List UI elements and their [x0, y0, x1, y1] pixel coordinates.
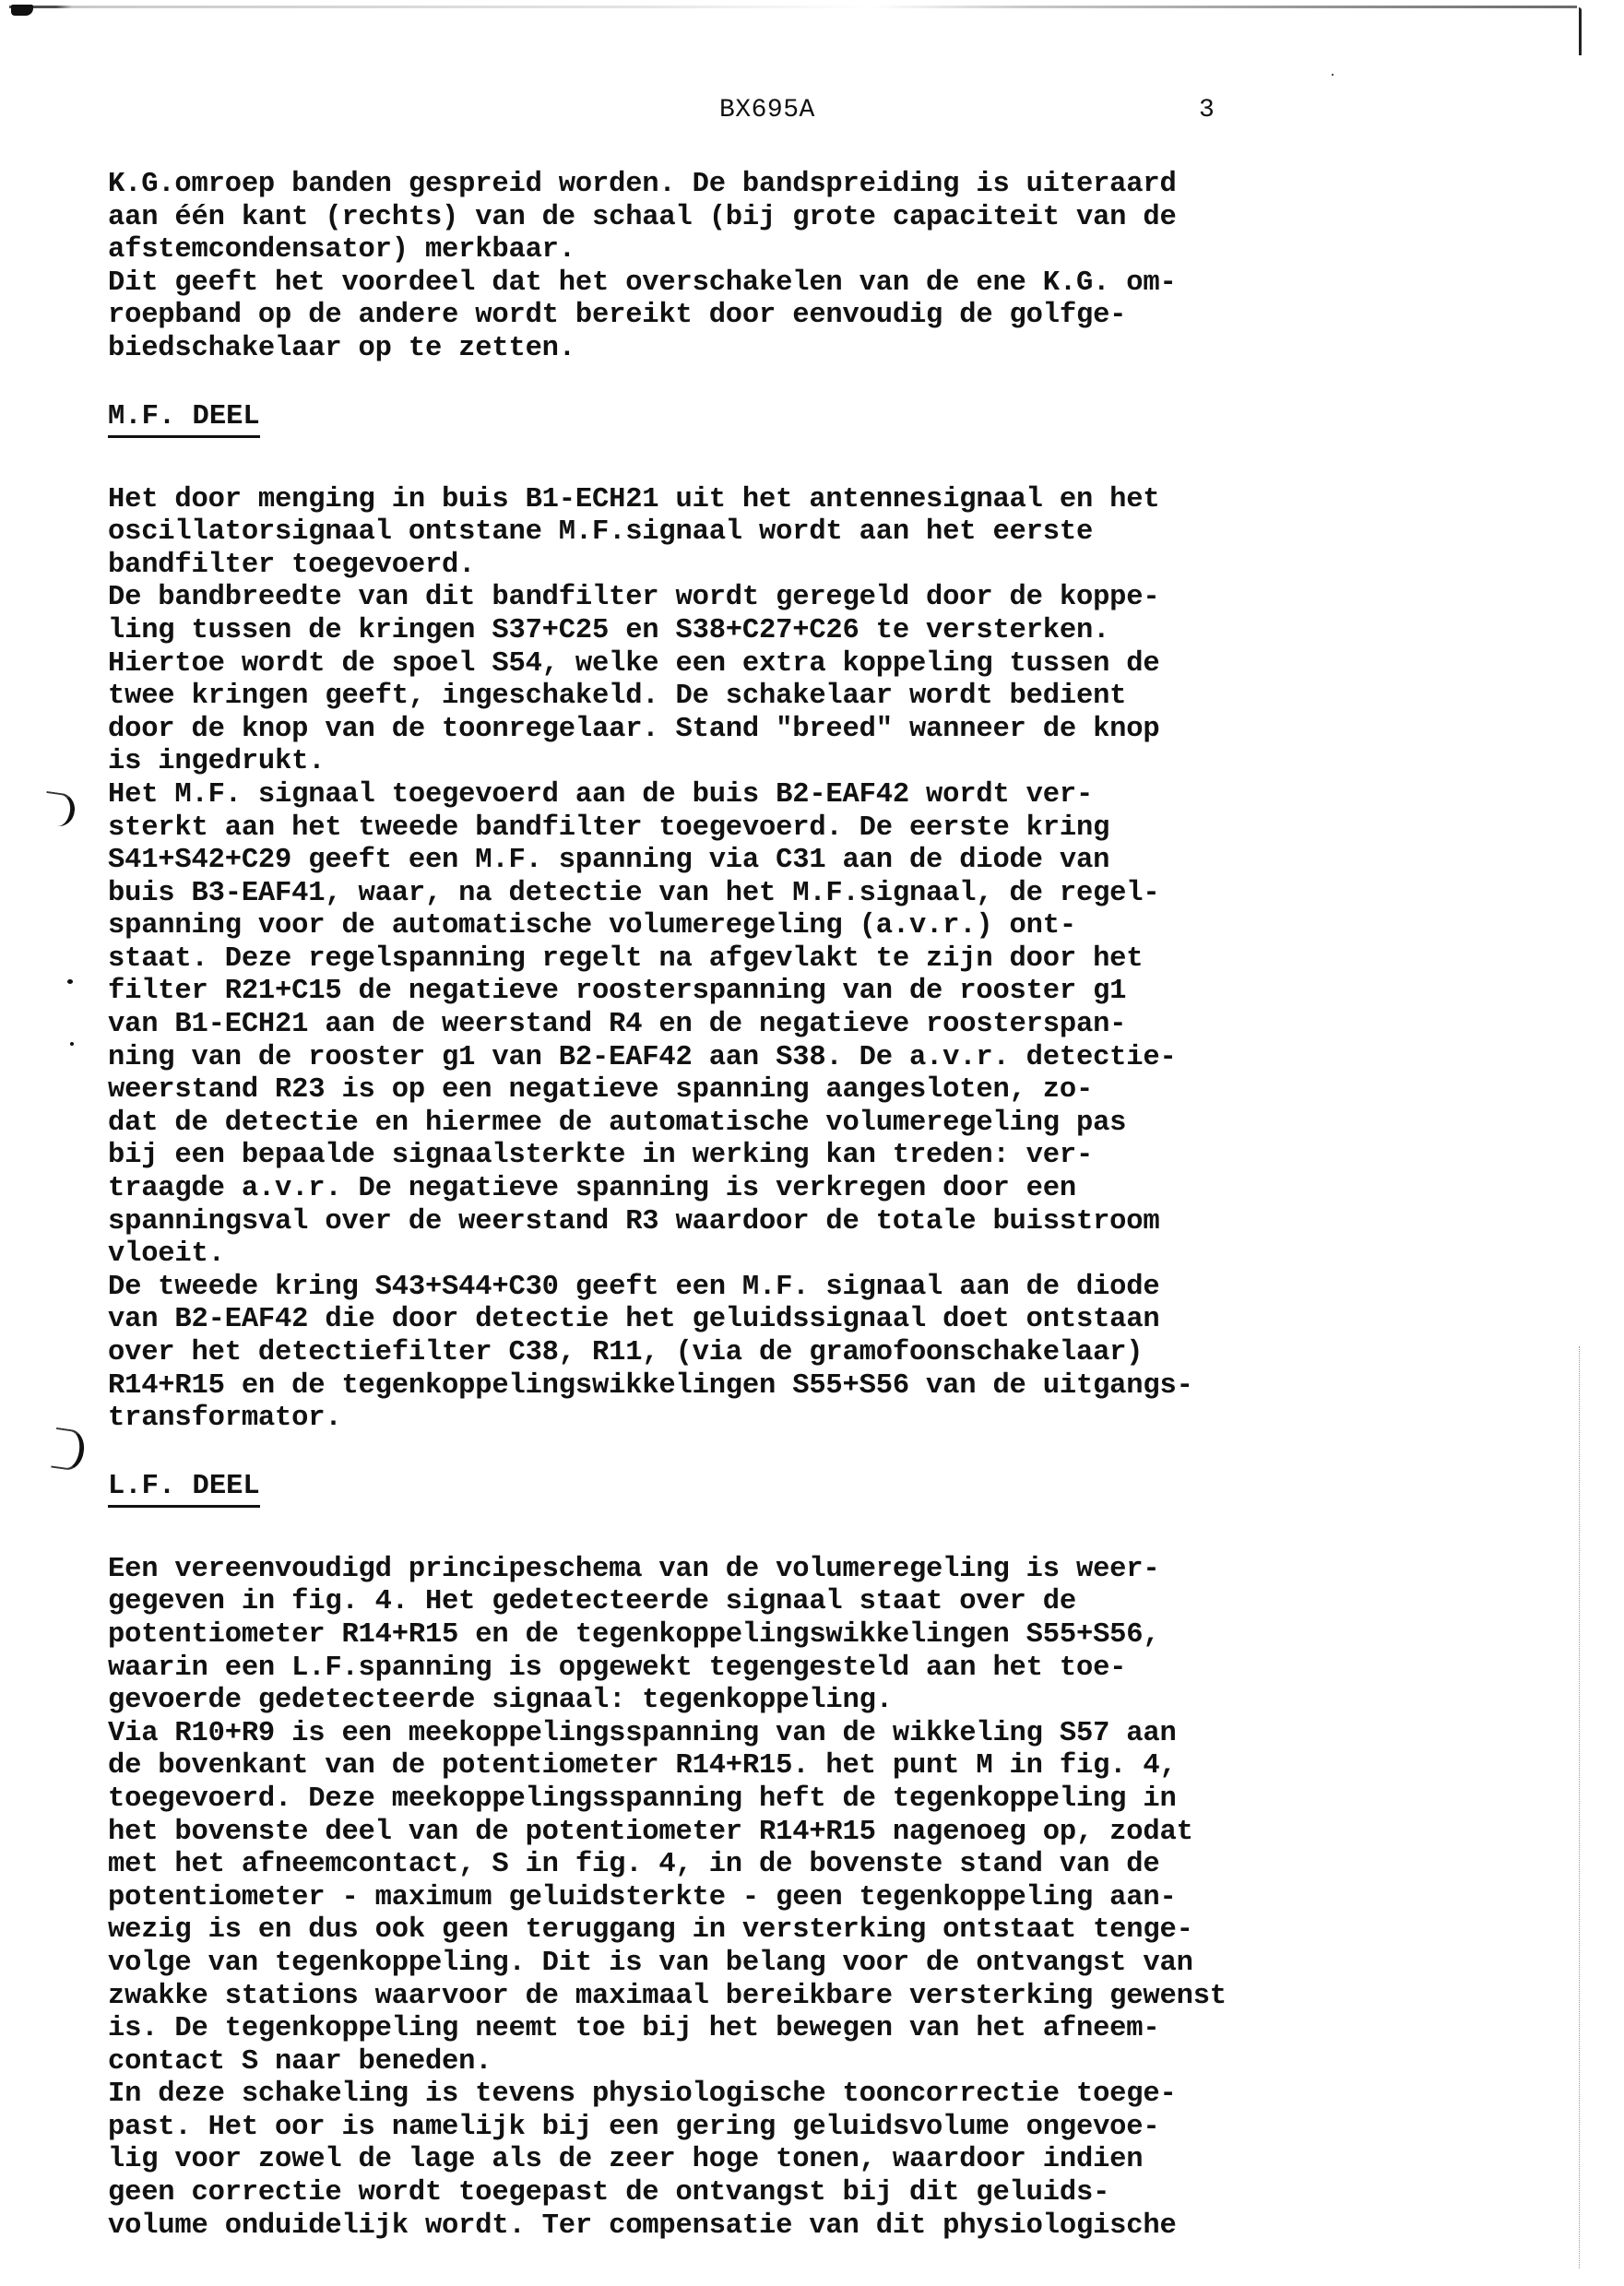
text-line: biedschakelaar op te zetten.	[108, 333, 1547, 366]
text-line: geen correctie wordt toegepast de ontvan…	[108, 2177, 1547, 2210]
text-line: transformator.	[108, 1403, 1547, 1436]
scanned-page: BX695A 3 K.G.omroep banden gespreid word…	[0, 0, 1624, 2286]
text-line: ning van de rooster g1 van B2-EAF42 aan …	[108, 1042, 1547, 1075]
text-line: traagde a.v.r. De negatieve spanning is …	[108, 1173, 1547, 1206]
text-line: Dit geeft het voordeel dat het overschak…	[108, 267, 1547, 301]
text-line: zwakke stations waarvoor de maximaal ber…	[108, 1981, 1547, 2014]
text-line: van B1-ECH21 aan de weerstand R4 en de n…	[108, 1009, 1547, 1042]
text-line: Hiertoe wordt de spoel S54, welke een ex…	[108, 648, 1547, 681]
text-line: oscillatorsignaal ontstane M.F.signaal w…	[108, 516, 1547, 550]
text-line: In deze schakeling is tevens physiologis…	[108, 2079, 1547, 2112]
text-line: van B2-EAF42 die door detectie het gelui…	[108, 1304, 1547, 1337]
text-line: gevoerde gedetecteerde signaal: tegenkop…	[108, 1685, 1547, 1718]
document-body: K.G.omroep banden gespreid worden. De ba…	[108, 169, 1547, 2243]
text-line: ling tussen de kringen S37+C25 en S38+C2…	[108, 615, 1547, 648]
section-mf-deel-body: Het door menging in buis B1-ECH21 uit he…	[108, 484, 1547, 1436]
scan-speck	[70, 1042, 74, 1046]
page-number: 3	[1199, 96, 1215, 124]
text-line: volume onduidelijk wordt. Ter compensati…	[108, 2210, 1547, 2244]
text-line: aan één kant (rechts) van de schaal (bij…	[108, 202, 1547, 235]
scan-speck	[67, 979, 73, 984]
text-line: over het detectiefilter C38, R11, (via d…	[108, 1337, 1547, 1370]
section-heading-mf-deel: M.F. DEEL	[108, 401, 260, 438]
scan-right-edge-trace	[1579, 1346, 1581, 2268]
text-line: sterkt aan het tweede bandfilter toegevo…	[108, 812, 1547, 846]
text-line: Via R10+R9 is een meekoppelingsspanning …	[108, 1718, 1547, 1751]
text-line: volge van tegenkoppeling. Dit is van bel…	[108, 1948, 1547, 1981]
text-line: filter R21+C15 de negatieve roosterspann…	[108, 976, 1547, 1009]
scan-right-edge	[1579, 7, 1582, 55]
text-line: De bandbreedte van dit bandfilter wordt …	[108, 582, 1547, 615]
text-line: waarin een L.F.spanning is opgewekt tege…	[108, 1652, 1547, 1686]
text-line: lig voor zowel de lage als de zeer hoge …	[108, 2144, 1547, 2177]
text-line: Het M.F. signaal toegevoerd aan de buis …	[108, 779, 1547, 812]
punch-hole-mark-upper	[42, 791, 77, 828]
text-line: met het afneemcontact, S in fig. 4, in d…	[108, 1849, 1547, 1882]
text-line: gegeven in fig. 4. Het gedetecteerde sig…	[108, 1586, 1547, 1619]
text-line: de bovenkant van de potentiometer R14+R1…	[108, 1750, 1547, 1783]
text-line: potentiometer - maximum geluidsterkte - …	[108, 1882, 1547, 1915]
page-header: BX695A 3	[0, 96, 1624, 133]
text-line: buis B3-EAF41, waar, na detectie van het…	[108, 878, 1547, 911]
scan-corner-blot	[11, 5, 33, 16]
text-line: door de knop van de toonregelaar. Stand …	[108, 714, 1547, 747]
text-line: potentiometer R14+R15 en de tegenkoppeli…	[108, 1619, 1547, 1652]
text-line: spanningsval over de weerstand R3 waardo…	[108, 1206, 1547, 1239]
text-line: Een vereenvoudigd principeschema van de …	[108, 1554, 1547, 1587]
scan-speck	[1332, 74, 1334, 76]
text-line: dat de detectie en hiermee de automatisc…	[108, 1107, 1547, 1141]
text-line: bandfilter toegevoerd.	[108, 550, 1547, 583]
text-line: roepband op de andere wordt bereikt door…	[108, 300, 1547, 333]
text-line: staat. Deze regelspanning regelt na afge…	[108, 943, 1547, 977]
text-line: contact S naar beneden.	[108, 2046, 1547, 2079]
text-line: is ingedrukt.	[108, 746, 1547, 779]
text-line: K.G.omroep banden gespreid worden. De ba…	[108, 169, 1547, 202]
text-line: Het door menging in buis B1-ECH21 uit he…	[108, 484, 1547, 517]
text-line: vloeit.	[108, 1238, 1547, 1272]
text-line: het bovenste deel van de potentiometer R…	[108, 1817, 1547, 1850]
text-line: wezig is en dus ook geen teruggang in ve…	[108, 1914, 1547, 1948]
text-line: S41+S42+C29 geeft een M.F. spanning via …	[108, 845, 1547, 878]
section-lf-deel-body: Een vereenvoudigd principeschema van de …	[108, 1554, 1547, 2243]
intro-paragraph: K.G.omroep banden gespreid worden. De ba…	[108, 169, 1547, 366]
text-line: bij een bepaalde signaalsterkte in werki…	[108, 1140, 1547, 1173]
text-line: afstemcondensator) merkbaar.	[108, 234, 1547, 267]
text-line: R14+R15 en de tegenkoppelingswikkelingen…	[108, 1370, 1547, 1404]
text-line: toegevoerd. Deze meekoppelingsspanning h…	[108, 1783, 1547, 1817]
section-heading-lf-deel: L.F. DEEL	[108, 1471, 260, 1508]
text-line: is. De tegenkoppeling neemt toe bij het …	[108, 2013, 1547, 2046]
text-line: past. Het oor is namelijk bij een gering…	[108, 2112, 1547, 2145]
punch-hole-mark-lower	[51, 1427, 87, 1472]
text-line: weerstand R23 is op een negatieve spanni…	[108, 1074, 1547, 1107]
document-id: BX695A	[719, 96, 815, 124]
text-line: twee kringen geeft, ingeschakeld. De sch…	[108, 681, 1547, 714]
text-line: De tweede kring S43+S44+C30 geeft een M.…	[108, 1272, 1547, 1305]
scan-top-edge	[9, 6, 1577, 8]
text-line: spanning voor de automatische volumerege…	[108, 910, 1547, 943]
